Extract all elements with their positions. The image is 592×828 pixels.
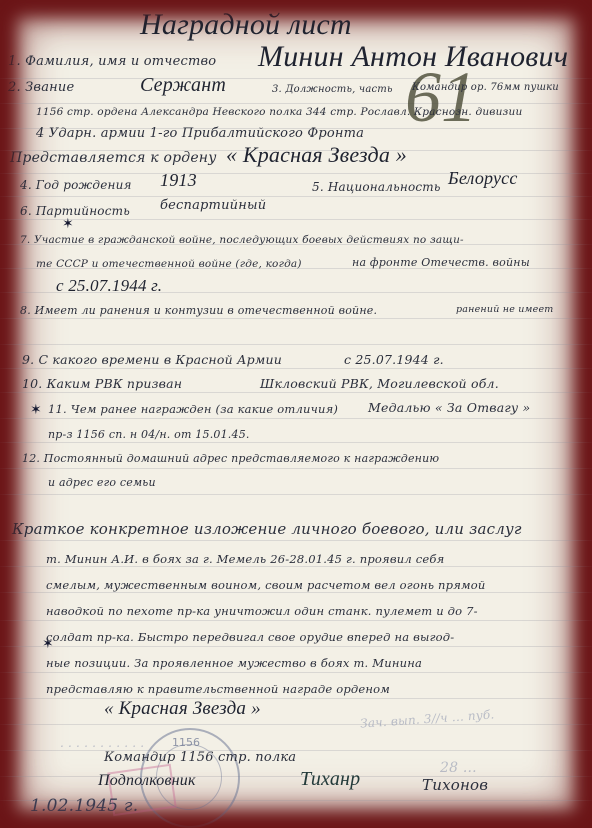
field-5-value: Белорусс xyxy=(448,168,518,189)
award-sheet: Наградной лист 61 1. Фамилия, имя и отче… xyxy=(0,0,592,828)
field-3-label: 3. Должность, часть xyxy=(272,84,393,95)
narrative-line: т. Минин А.И. в боях за г. Мемель 26-28.… xyxy=(46,552,444,566)
field-12-label-line-2: и адрес его семьи xyxy=(48,476,156,489)
field-1-label: 1. Фамилия, имя и отчество xyxy=(8,54,216,69)
field-10-label: 10. Каким РВК призван xyxy=(22,376,182,391)
narrative-line: смелым, мужественным воином, своим расче… xyxy=(46,578,485,592)
ink-blot-mark: ✶ xyxy=(62,216,74,232)
narrative-line: представляю к правительственной награде … xyxy=(46,682,390,696)
signatory-name: Тихонов xyxy=(422,776,488,794)
field-10-value: Шкловский РВК, Могилевской обл. xyxy=(260,376,499,391)
field-9-value: с 25.07.1944 г. xyxy=(344,352,444,367)
nominated-order: « Красная Звезда » xyxy=(226,142,407,168)
ink-blot-mark: ✶ xyxy=(30,402,42,418)
field-2-label: 2. Звание xyxy=(8,80,74,95)
field-1-value: Минин Антон Иванович xyxy=(258,40,568,74)
field-12-label-line-1: 12. Постоянный домашний адрес представля… xyxy=(22,452,439,465)
narrative-heading: Краткое конкретное изложение личного бое… xyxy=(12,520,522,538)
field-8-label: 8. Имеет ли ранения и контузии в отечест… xyxy=(20,304,377,317)
field-3-value-line-2: 1156 стр. ордена Александра Невского пол… xyxy=(36,106,522,118)
field-7-label-line-1: 7. Участие в гражданской войне, последую… xyxy=(20,234,464,246)
signatory-position: Командир 1156 стр. полка xyxy=(104,750,296,765)
bleed-through-text: 28 ... xyxy=(440,760,477,776)
stamp-number: 1156 xyxy=(172,736,200,749)
field-6-label: 6. Партийность xyxy=(20,204,130,218)
bleed-through-text: Зач. вып. 3//ч ... пуб. xyxy=(360,707,495,730)
field-3-value-line-1: Командир ор. 76мм пушки xyxy=(412,82,559,93)
field-6-value: беспартийный xyxy=(160,198,266,213)
narrative-line: ные позиции. За проявленное мужество в б… xyxy=(46,656,422,670)
nominated-label: Представляется к ордену xyxy=(10,150,217,166)
narrative-award: « Красная Звезда » xyxy=(104,698,261,720)
field-7-value-line-2: на фронте Отечеств. войны xyxy=(352,256,530,269)
signature: Тиханр xyxy=(300,768,360,791)
document-date: 1.02.1945 г. xyxy=(30,796,138,816)
bleed-through-text: . . . . . . . . . . . xyxy=(60,736,144,750)
field-3-value-line-3: 4 Ударн. армии 1-го Прибалтийского Фронт… xyxy=(36,126,364,141)
narrative-line: солдат пр-ка. Быстро передвигал свое ору… xyxy=(46,630,454,644)
field-11-value-line-1: Медалью « За Отвагу » xyxy=(368,400,530,415)
document-title: Наградной лист xyxy=(140,8,352,42)
field-5-label: 5. Национальность xyxy=(312,180,441,194)
field-7-label-line-2: те СССР и отечественной войне (где, когд… xyxy=(36,258,302,270)
field-4-label: 4. Год рождения xyxy=(20,178,132,192)
field-8-value: ранений не имеет xyxy=(456,304,554,315)
field-4-value: 1913 xyxy=(160,170,197,191)
narrative-line: наводкой по пехоте пр-ка уничтожил один … xyxy=(46,604,478,618)
field-7-value-line-3: с 25.07.1944 г. xyxy=(56,276,162,296)
field-11-value-line-2: пр-з 1156 сп. н 04/н. от 15.01.45. xyxy=(48,428,250,441)
field-9-label: 9. С какого времени в Красной Армии xyxy=(22,352,282,367)
field-2-value: Сержант xyxy=(140,74,226,97)
signatory-rank: Подполковник xyxy=(98,772,196,790)
field-11-label: 11. Чем ранее награжден (за какие отличи… xyxy=(48,402,338,416)
